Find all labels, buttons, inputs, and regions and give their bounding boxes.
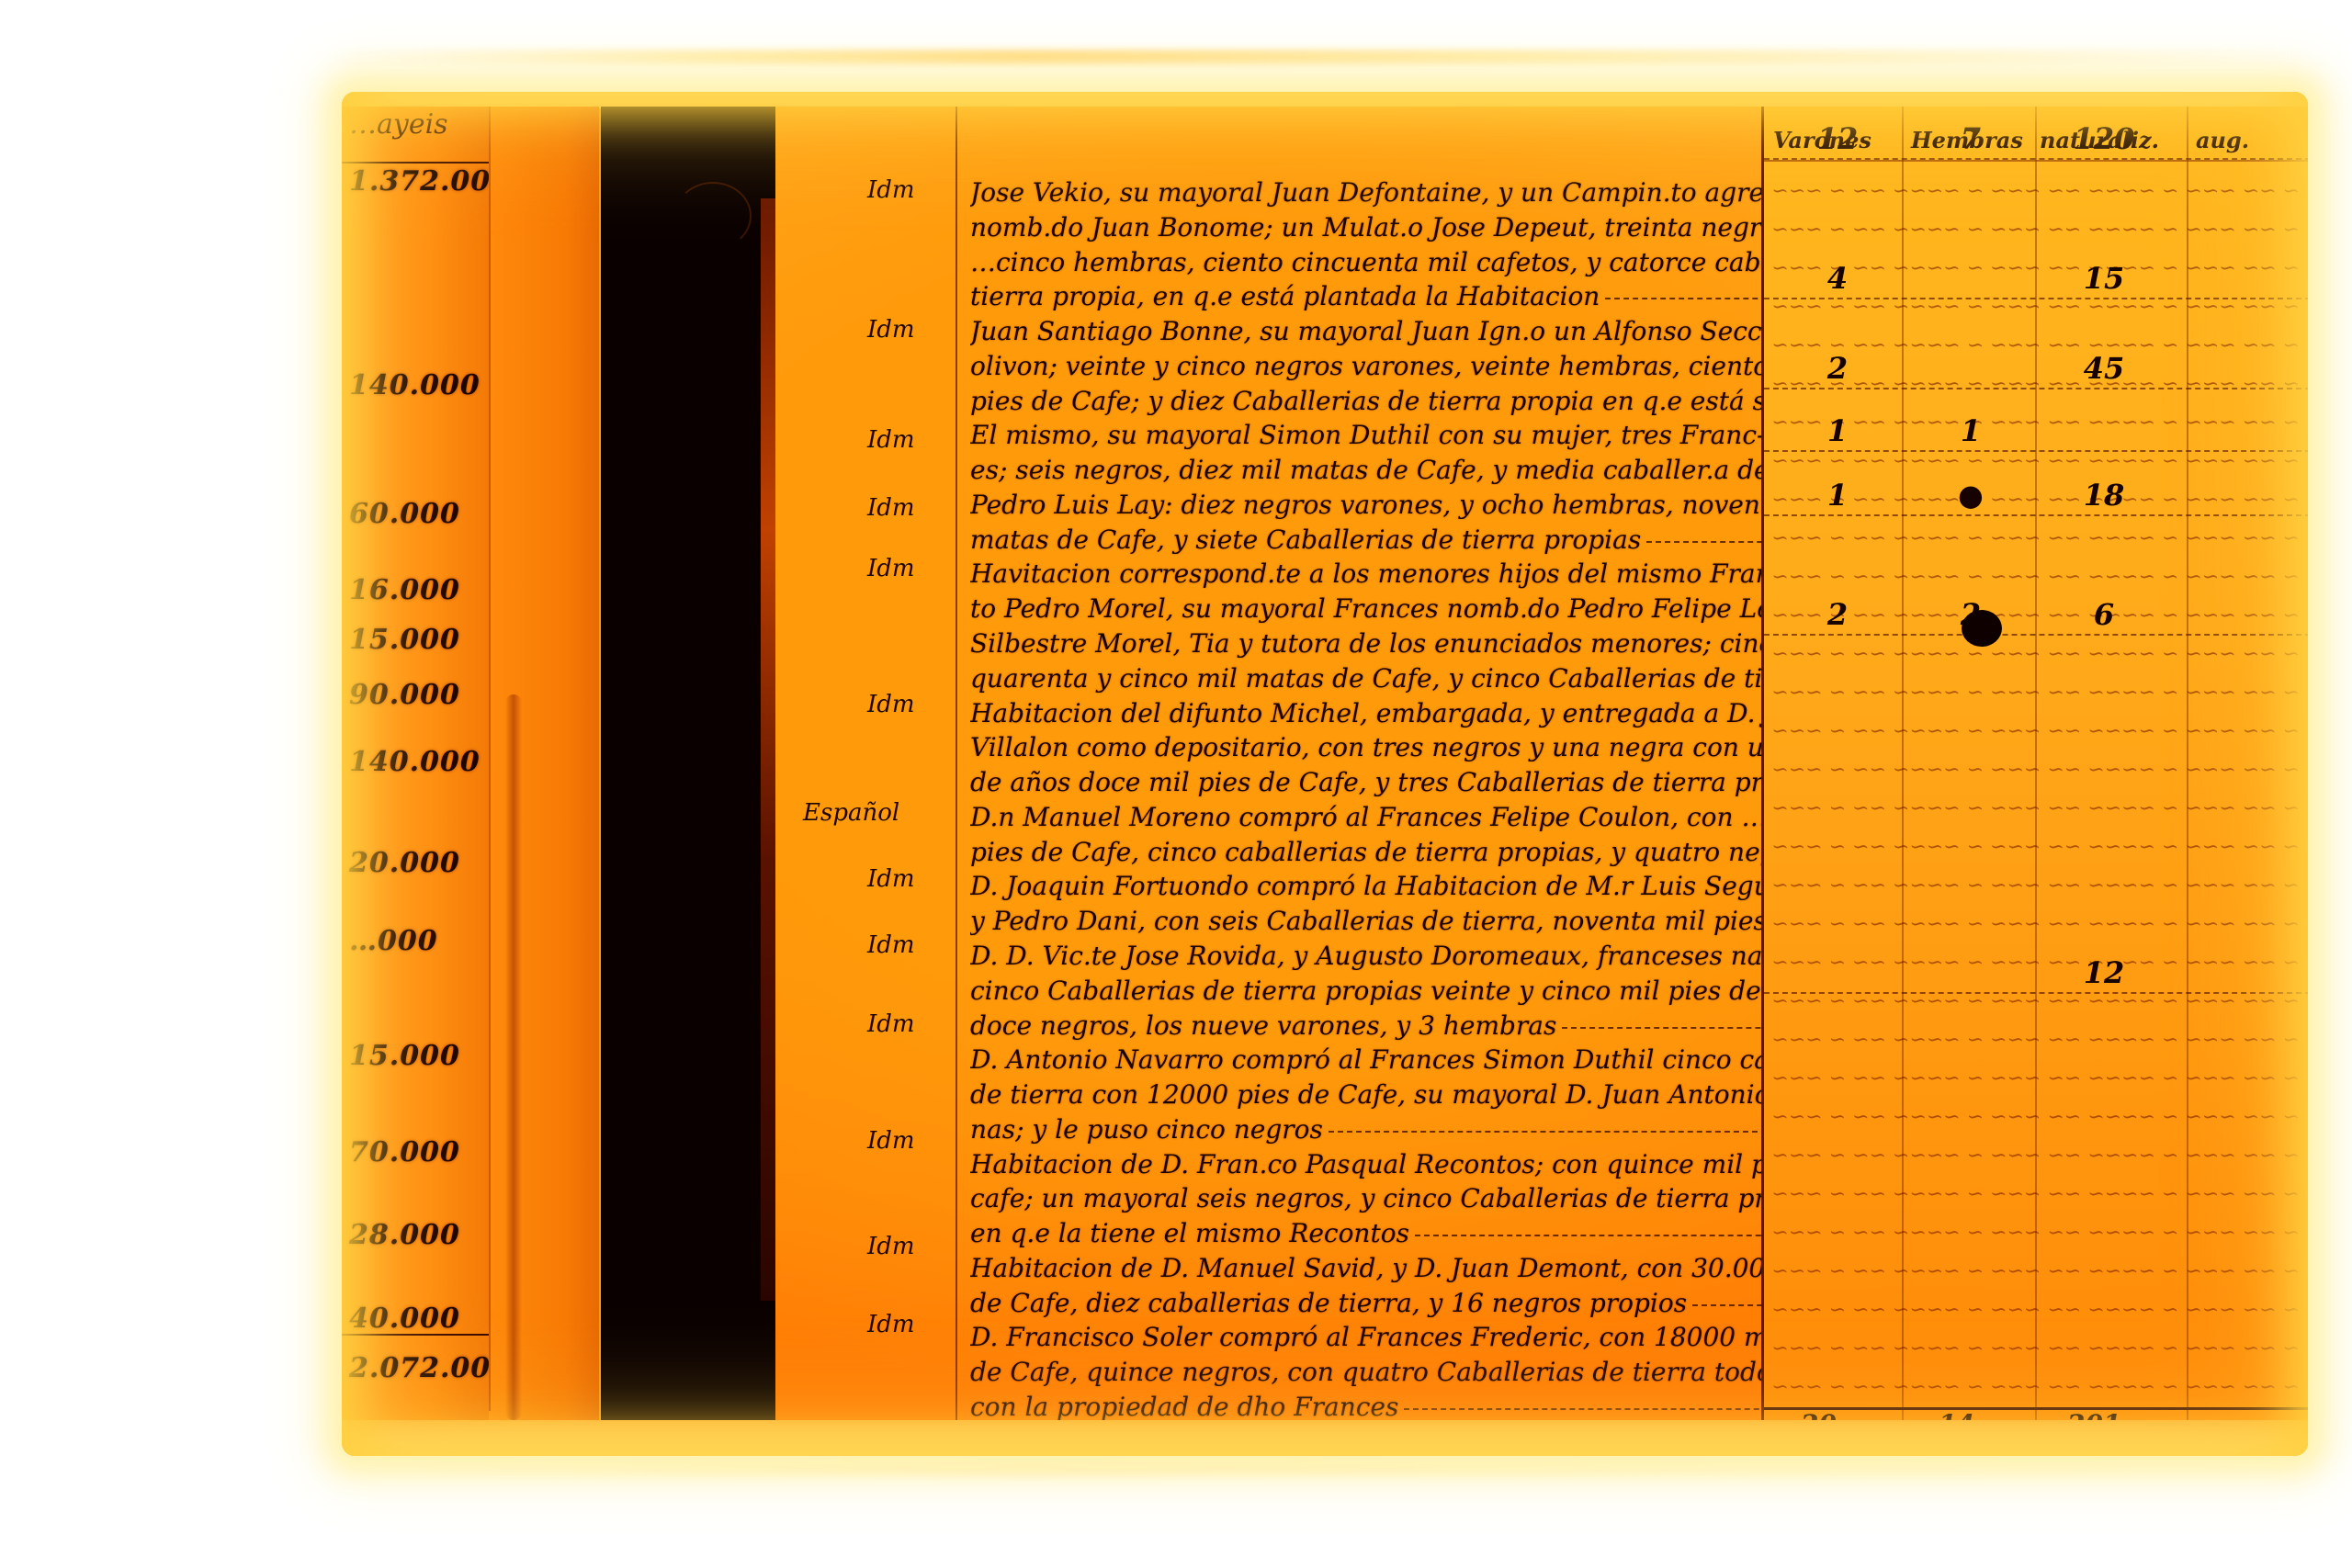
- manuscript-scan: …ayeis 1.372.000140.00060.00016.00015.00…: [342, 92, 2308, 1456]
- bleed-through-line: ~ ~~ ~~~ ~ ~~~~ ~~ ~~~ ~ ~~~~ ~~ ~ ~~~~: [1771, 720, 2300, 743]
- tally-row-rule: [1764, 992, 2308, 994]
- bleed-through-line: ~ ~~ ~~~ ~ ~~~~ ~~ ~~~ ~ ~~~~ ~~ ~ ~~~~: [1771, 913, 2300, 936]
- tally-row-rule: [1764, 158, 2308, 160]
- ink-blot: [1962, 610, 2002, 647]
- amount-entry: 60.000: [349, 498, 487, 530]
- tally-value-naturaliz: 45: [2067, 351, 2141, 386]
- tally-value-naturaliz: 12: [2067, 955, 2141, 990]
- bleed-through-line: ~ ~~ ~~~ ~ ~~~~ ~~ ~~~ ~ ~~~~ ~~ ~ ~~~~: [1771, 682, 2300, 705]
- tally-value-naturaliz: 18: [2067, 478, 2141, 513]
- totals-rule: [1764, 1407, 2308, 1410]
- marginal-note-text: Idm: [867, 494, 915, 522]
- amount-entry: 90.000: [349, 679, 487, 711]
- marginal-note-text: Idm: [867, 1127, 915, 1155]
- bleed-through-line: ~ ~~ ~~~ ~ ~~~~ ~~ ~~~ ~ ~~~~ ~~ ~ ~~~~: [1771, 1183, 2300, 1206]
- bleed-through-line: ~ ~~ ~~~ ~ ~~~~ ~~ ~~~ ~ ~~~~ ~~ ~ ~~~~: [1771, 180, 2300, 203]
- tally-value-hembras: 7: [1934, 121, 2007, 156]
- marginal-note-text: Idm: [867, 931, 915, 959]
- tally-value-varones: 1: [1801, 413, 1874, 448]
- amount-entry: 140.000: [349, 746, 487, 778]
- bleed-through-line: ~ ~~ ~~~ ~ ~~~~ ~~ ~~~ ~ ~~~~ ~~ ~ ~~~~: [1771, 1106, 2300, 1129]
- tally-value-varones: 2: [1801, 351, 1874, 386]
- binding-gutter: [601, 107, 775, 1420]
- amount-entry: 40.000: [349, 1303, 487, 1335]
- tally-header-aug: aug.: [2196, 127, 2249, 153]
- paper-tear: [505, 694, 522, 1420]
- tally-columns: Varones Hembras naturaliz. aug. ~ ~~ ~~~…: [1761, 107, 2308, 1420]
- amount-entry: 140.000: [349, 369, 487, 401]
- tally-value-varones: 2: [1801, 597, 1874, 632]
- bleed-through-line: ~ ~~ ~~~ ~ ~~~~ ~~ ~~~ ~ ~~~~ ~~ ~ ~~~~: [1771, 527, 2300, 550]
- marginal-note: Idm: [867, 176, 915, 204]
- marginal-note: Idm: [867, 1127, 915, 1155]
- tally-row-rule: [1764, 634, 2308, 636]
- bleed-through-line: ~ ~~ ~~~ ~ ~~~~ ~~ ~~~ ~ ~~~~ ~~ ~ ~~~~: [1771, 1337, 2300, 1360]
- tally-value-varones: 4: [1801, 261, 1874, 296]
- marginal-note: Idm: [867, 1010, 915, 1038]
- marginal-note-text: Idm: [867, 1311, 915, 1338]
- amount-entry: 1.372.000: [349, 165, 487, 197]
- amount-entry: 15.000: [349, 624, 487, 656]
- amount-entry: 16.000: [349, 574, 487, 606]
- marginal-note-text: Idm: [867, 176, 915, 204]
- tally-value-naturaliz: 120: [2067, 121, 2141, 156]
- bleed-through-line: ~ ~~ ~~~ ~ ~~~~ ~~ ~~~ ~ ~~~~ ~~ ~ ~~~~: [1771, 566, 2300, 589]
- header-rule: [342, 162, 489, 164]
- amount-entry: 20.000: [349, 847, 487, 879]
- left-page-margin: [489, 107, 599, 1420]
- sum-rule: [342, 1334, 489, 1336]
- bleed-through-line: ~ ~~ ~~~ ~ ~~~~ ~~ ~~~ ~ ~~~~ ~~ ~ ~~~~: [1771, 759, 2300, 782]
- bleed-through-line: ~ ~~ ~~~ ~ ~~~~ ~~ ~~~ ~ ~~~~ ~~ ~ ~~~~: [1771, 1067, 2300, 1090]
- amount-entry: 70.000: [349, 1136, 487, 1168]
- thread-arc: [674, 182, 752, 250]
- marginal-note: Idm: [867, 494, 915, 522]
- bleed-through-line: ~ ~~ ~~~ ~ ~~~~ ~~ ~~~ ~ ~~~~ ~~ ~ ~~~~: [1771, 797, 2300, 820]
- marginal-note: Idm: [867, 1311, 915, 1338]
- tally-value-hembras: 1: [1934, 413, 2007, 448]
- marginal-note-text: Idm: [867, 1010, 915, 1038]
- bleed-through-line: ~ ~~ ~~~ ~ ~~~~ ~~ ~~~ ~ ~~~~ ~~ ~ ~~~~: [1771, 874, 2300, 897]
- bleed-through-line: ~ ~~ ~~~ ~ ~~~~ ~~ ~~~ ~ ~~~~ ~~ ~ ~~~~: [1771, 450, 2300, 473]
- bottom-light-glow: [331, 1456, 2306, 1472]
- bleed-through-line: ~ ~~ ~~~ ~ ~~~~ ~~ ~~~ ~ ~~~~ ~~ ~ ~~~~: [1771, 1376, 2300, 1399]
- bleed-through-line: ~ ~~ ~~~ ~ ~~~~ ~~ ~~~ ~ ~~~~ ~~ ~ ~~~~: [1771, 219, 2300, 242]
- tally-value-hembras: ●: [1934, 478, 2007, 513]
- tally-value-varones: 12: [1801, 121, 1874, 156]
- marginal-note-text: Idm: [867, 1233, 915, 1260]
- bleed-through-line: ~ ~~ ~~~ ~ ~~~~ ~~ ~~~ ~ ~~~~ ~~ ~ ~~~~: [1771, 1029, 2300, 1052]
- bleed-through-line: ~ ~~ ~~~ ~ ~~~~ ~~ ~~~ ~ ~~~~ ~~ ~ ~~~~: [1771, 836, 2300, 859]
- tally-value-naturaliz: 6: [2067, 597, 2141, 632]
- tally-value-naturaliz: 15: [2067, 261, 2141, 296]
- top-light-glow: [331, 51, 2306, 65]
- bleed-through-line: ~ ~~ ~~~ ~ ~~~~ ~~ ~~~ ~ ~~~~ ~~ ~ ~~~~: [1771, 1222, 2300, 1245]
- page-edge: [761, 198, 775, 1301]
- bleed-through-line: ~ ~~ ~~~ ~ ~~~~ ~~ ~~~ ~ ~~~~ ~~ ~ ~~~~: [1771, 1145, 2300, 1168]
- tally-value-varones: 1: [1801, 478, 1874, 513]
- marginal-notes-column: IdmIdmIdmIdmIdmIdmEspañolIdmIdmIdmIdmIdm…: [775, 107, 950, 1420]
- left-column-header: …ayeis: [349, 108, 448, 141]
- bleed-through-line: ~ ~~ ~~~ ~ ~~~~ ~~ ~~~ ~ ~~~~ ~~ ~ ~~~~: [1771, 643, 2300, 666]
- marginal-note: Idm: [867, 1233, 915, 1260]
- marginal-note-text: Idm: [867, 865, 915, 893]
- marginal-note: Idm: [867, 931, 915, 959]
- marginal-note-text: Idm: [867, 316, 915, 344]
- marginal-note-text: Idm: [867, 691, 915, 718]
- tally-row-rule: [1764, 514, 2308, 516]
- marginal-note: Idm: [867, 691, 915, 718]
- marginal-note: Español: [803, 799, 899, 827]
- amount-entry: 15.000: [349, 1040, 487, 1072]
- bleed-through-line: ~ ~~ ~~~ ~ ~~~~ ~~ ~~~ ~ ~~~~ ~~ ~ ~~~~: [1771, 1260, 2300, 1283]
- amount-entry: …000: [349, 925, 487, 957]
- marginal-note: Idm: [867, 865, 915, 893]
- marginal-note-text: Idm: [867, 426, 915, 454]
- margin-rule: [955, 107, 957, 1420]
- left-amounts-column: …ayeis 1.372.000140.00060.00016.00015.00…: [342, 107, 489, 1420]
- amount-entry: 28.000: [349, 1219, 487, 1251]
- amount-entry: 2.072.000: [349, 1352, 487, 1384]
- marginal-note: Idm: [867, 555, 915, 582]
- page-bottom-edge: [342, 1420, 2308, 1456]
- tally-row-rule: [1764, 388, 2308, 389]
- marginal-note-text: Español: [803, 799, 899, 827]
- marginal-note: Idm: [867, 316, 915, 344]
- bleed-through-line: ~ ~~ ~~~ ~ ~~~~ ~~ ~~~ ~ ~~~~ ~~ ~ ~~~~: [1771, 1299, 2300, 1322]
- marginal-note-text: Idm: [867, 555, 915, 582]
- bleed-through-line: ~ ~~ ~~~ ~ ~~~~ ~~ ~~~ ~ ~~~~ ~~ ~ ~~~~: [1771, 952, 2300, 975]
- tally-row-rule: [1764, 450, 2308, 452]
- left-column-rule: [489, 107, 491, 1411]
- tally-row-rule: [1764, 298, 2308, 299]
- marginal-note: Idm: [867, 426, 915, 454]
